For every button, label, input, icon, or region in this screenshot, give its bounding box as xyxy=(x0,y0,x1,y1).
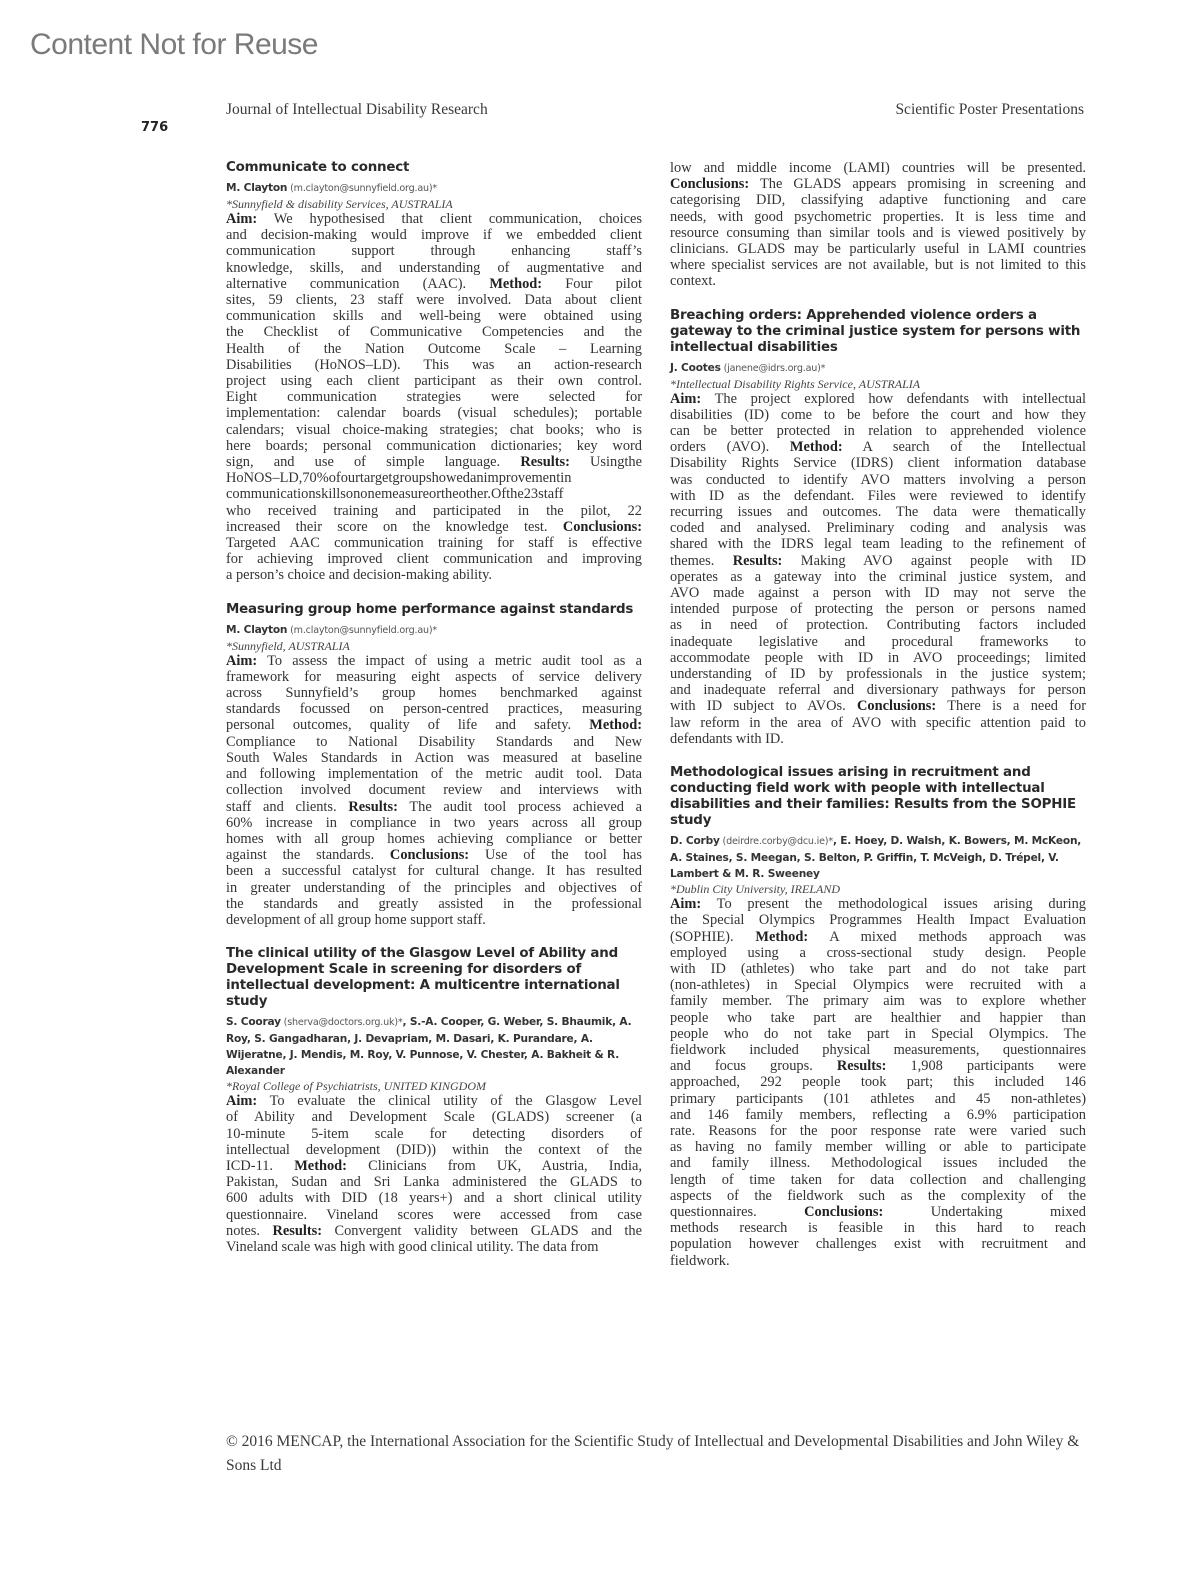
text-line: accommodate people with ID in AVO procee… xyxy=(670,650,1086,666)
text-line: methods research is feasible in this har… xyxy=(670,1220,1086,1236)
text-line: and 146 family members, reflecting a 6.9… xyxy=(670,1107,1086,1123)
text-line: the Special Olympics Programmes Health I… xyxy=(670,912,1086,928)
text-line: collection involved document review and … xyxy=(226,782,642,798)
text-line: was conducted to identify AVO matters in… xyxy=(670,472,1086,488)
page-number: 776 xyxy=(141,120,168,135)
abstract-body: low and middle income (LAMI) countries w… xyxy=(670,160,1086,290)
text-line: Disabilities (HoNOS–LD). This was an act… xyxy=(226,357,642,373)
text-line: been a successful catalyst for cultural … xyxy=(226,863,642,879)
abstract-title: Breaching orders: Apprehended violence o… xyxy=(670,308,1086,356)
text-line: context. xyxy=(670,273,1086,289)
affiliation: *Royal College of Psychiatrists, UNITED … xyxy=(226,1079,642,1093)
text-line: length of time taken for data collection… xyxy=(670,1172,1086,1188)
text-line: in greater understanding of the principl… xyxy=(226,880,642,896)
author-list: J. Cootes (janene@idrs.org.au)* xyxy=(670,360,1086,377)
text-line: 600 adults with DID (18 years+) and a sh… xyxy=(226,1190,642,1206)
section-label: Results: xyxy=(733,553,783,569)
section-label: Conclusions: xyxy=(563,519,642,535)
abstract-body: Aim: The project explored how defendants… xyxy=(670,391,1086,747)
section-title: Scientific Poster Presentations xyxy=(895,101,1084,119)
text-line: sign, and use of simple language. Result… xyxy=(226,454,642,470)
affiliation: *Sunnyfield & disability Services, AUSTR… xyxy=(226,197,642,211)
text-line: with ID subject to AVOs. Conclusions: Th… xyxy=(670,698,1086,714)
lead-author: M. Clayton xyxy=(226,182,287,194)
text-line: and focus groups. Results: 1,908 partici… xyxy=(670,1058,1086,1074)
text-line: coded and analysed. Preliminary coding a… xyxy=(670,520,1086,536)
text-line: fieldwork. xyxy=(670,1253,1086,1269)
text-line: needs, with good psychometric properties… xyxy=(670,209,1086,225)
section-label: Results: xyxy=(837,1058,887,1074)
author-email: (m.clayton@sunnyfield.org.au)* xyxy=(287,625,437,636)
text-line: here boards; personal communication dict… xyxy=(226,438,642,454)
section-label: Aim: xyxy=(226,211,257,227)
text-line: and following implementation of the metr… xyxy=(226,766,642,782)
text-line: HoNOS–LD,70%ofourtargetgroupshowedanimpr… xyxy=(226,470,642,486)
text-line: communication skills and well-being were… xyxy=(226,308,642,324)
text-line: questionnaires. Conclusions: Undertaking… xyxy=(670,1204,1086,1220)
text-line: the standards and greatly assisted in th… xyxy=(226,896,642,912)
text-line: against the standards. Conclusions: Use … xyxy=(226,847,642,863)
text-line: ICD-11. Method: Clinicians from UK, Aust… xyxy=(226,1158,642,1174)
text-line: the Checklist of Communicative Competenc… xyxy=(226,324,642,340)
text-line: Vineland scale was high with good clinic… xyxy=(226,1239,642,1255)
section-label: Results: xyxy=(520,454,570,470)
section-label: Aim: xyxy=(226,1093,257,1109)
text-line: employed using a cross-sectional study d… xyxy=(670,945,1086,961)
text-line: with ID (athletes) who take part and do … xyxy=(670,961,1086,977)
abstract-title: The clinical utility of the Glasgow Leve… xyxy=(226,946,642,1010)
abstract-body: Aim: To assess the impact of using a met… xyxy=(226,653,642,928)
section-label: Method: xyxy=(755,929,808,945)
text-line: and family illness. Methodological issue… xyxy=(670,1155,1086,1171)
text-line: understanding of ID by professionals in … xyxy=(670,666,1086,682)
text-line: where specialist services are not availa… xyxy=(670,257,1086,273)
text-line: questionnaire. Vineland scores were acce… xyxy=(226,1207,642,1223)
section-label: Aim: xyxy=(670,896,701,912)
text-line: 10-minute 5-item scale for detecting dis… xyxy=(226,1126,642,1142)
affiliation: *Sunnyfield, AUSTRALIA xyxy=(226,639,642,653)
text-line: Eight communication strategies were sele… xyxy=(226,389,642,405)
text-line: personal outcomes, quality of life and s… xyxy=(226,717,642,733)
author-email: (janene@idrs.org.au)* xyxy=(721,363,826,374)
text-line: with ID as the defendant. Files were rev… xyxy=(670,488,1086,504)
text-line: increased their score on the knowledge t… xyxy=(226,519,642,535)
abstract: The clinical utility of the Glasgow Leve… xyxy=(226,946,642,1255)
text-line: Aim: We hypothesised that client communi… xyxy=(226,211,642,227)
text-line: Aim: The project explored how defendants… xyxy=(670,391,1086,407)
section-label: Conclusions: xyxy=(390,847,469,863)
text-line: categorising DID, classifying adaptive f… xyxy=(670,192,1086,208)
section-label: Conclusions: xyxy=(804,1204,883,1220)
abstract-body: Aim: To present the methodological issue… xyxy=(670,896,1086,1269)
text-line: across Sunnyfield’s group homes benchmar… xyxy=(226,685,642,701)
section-label: Results: xyxy=(348,799,398,815)
text-line: rate. Reasons for the poor response rate… xyxy=(670,1123,1086,1139)
text-line: alternative communication (AAC). Method:… xyxy=(226,276,642,292)
text-line: as having no family member willing or ab… xyxy=(670,1139,1086,1155)
text-line: as in need of protection. Contributing f… xyxy=(670,617,1086,633)
text-line: 60% increase in compliance in two years … xyxy=(226,815,642,831)
affiliation: *Intellectual Disability Rights Service,… xyxy=(670,377,1086,391)
affiliation: *Dublin City University, IRELAND xyxy=(670,882,1086,896)
abstract: Breaching orders: Apprehended violence o… xyxy=(670,308,1086,747)
section-label: Results: xyxy=(272,1223,322,1239)
section-label: Method: xyxy=(790,439,843,455)
text-line: and decision-making would improve if we … xyxy=(226,227,642,243)
section-label: Method: xyxy=(489,276,542,292)
text-line: and inadequate referral and diversionary… xyxy=(670,682,1086,698)
text-line: who received training and participated i… xyxy=(226,503,642,519)
text-line: communication support through enhancing … xyxy=(226,243,642,259)
section-label: Method: xyxy=(294,1158,347,1174)
text-line: orders (AVO). Method: A search of the In… xyxy=(670,439,1086,455)
journal-title: Journal of Intellectual Disability Resea… xyxy=(226,101,488,119)
section-label: Aim: xyxy=(670,391,701,407)
text-line: (non-athletes) in Special Olympics were … xyxy=(670,977,1086,993)
text-line: people who do not take part in Special O… xyxy=(670,1026,1086,1042)
abstract-body: Aim: We hypothesised that client communi… xyxy=(226,211,642,584)
text-line: calendars; visual choice-making strategi… xyxy=(226,422,642,438)
section-label: Method: xyxy=(589,717,642,733)
lead-author: J. Cootes xyxy=(670,362,721,374)
author-email: (deirdre.corby@dcu.ie)* xyxy=(720,836,833,847)
lead-author: S. Cooray xyxy=(226,1016,281,1028)
text-line: sites, 59 clients, 23 staff were involve… xyxy=(226,292,642,308)
left-column: Communicate to connectM. Clayton (m.clay… xyxy=(226,160,642,1273)
copyright-footer: © 2016 MENCAP, the International Associa… xyxy=(226,1430,1086,1478)
right-column: low and middle income (LAMI) countries w… xyxy=(670,160,1086,1287)
abstract: Communicate to connectM. Clayton (m.clay… xyxy=(226,160,642,584)
text-line: low and middle income (LAMI) countries w… xyxy=(670,160,1086,176)
lead-author: M. Clayton xyxy=(226,624,287,636)
text-line: approached, 292 people took part; this i… xyxy=(670,1074,1086,1090)
section-label: Conclusions: xyxy=(670,176,749,192)
text-line: can be better protected in relation to a… xyxy=(670,423,1086,439)
abstract-title: Measuring group home performance against… xyxy=(226,602,642,618)
watermark: Content Not for Reuse xyxy=(30,28,318,62)
text-line: for achieving improved client communicat… xyxy=(226,551,642,567)
author-email: (sherva@doctors.org.uk)* xyxy=(281,1017,403,1028)
text-line: standards focussed on person-centred pra… xyxy=(226,701,642,717)
text-line: intellectual development (DID)) within t… xyxy=(226,1142,642,1158)
text-line: a person’s choice and decision-making ab… xyxy=(226,567,642,583)
text-line: notes. Results: Convergent validity betw… xyxy=(226,1223,642,1239)
text-line: Compliance to National Disability Standa… xyxy=(226,734,642,750)
text-line: intended purpose of protecting the perso… xyxy=(670,601,1086,617)
text-line: Health of the Nation Outcome Scale – Lea… xyxy=(226,341,642,357)
abstract: Measuring group home performance against… xyxy=(226,602,642,928)
text-line: project using each client participant as… xyxy=(226,373,642,389)
text-line: of Ability and Development Scale (GLADS)… xyxy=(226,1109,642,1125)
text-line: Disability Rights Service (IDRS) client … xyxy=(670,455,1086,471)
text-line: inadequate legislative and procedural fr… xyxy=(670,634,1086,650)
abstract: low and middle income (LAMI) countries w… xyxy=(670,160,1086,290)
text-line: law reform in the area of AVO with speci… xyxy=(670,715,1086,731)
text-line: Aim: To present the methodological issue… xyxy=(670,896,1086,912)
text-line: Targeted AAC communication training for … xyxy=(226,535,642,551)
author-list: M. Clayton (m.clayton@sunnyfield.org.au)… xyxy=(226,622,642,639)
text-line: South Wales Standards in Action was meas… xyxy=(226,750,642,766)
abstract-title: Communicate to connect xyxy=(226,160,642,176)
text-line: disabilities (ID) come to be before the … xyxy=(670,407,1086,423)
text-line: staff and clients. Results: The audit to… xyxy=(226,799,642,815)
abstract: Methodological issues arising in recruit… xyxy=(670,765,1086,1269)
text-line: operates as a gateway into the criminal … xyxy=(670,569,1086,585)
text-line: population however challenges exist with… xyxy=(670,1236,1086,1252)
text-line: AVO made against a person with ID may no… xyxy=(670,585,1086,601)
text-line: shared with the IDRS legal team leading … xyxy=(670,536,1086,552)
text-line: fieldwork included physical measurements… xyxy=(670,1042,1086,1058)
text-line: Aim: To evaluate the clinical utility of… xyxy=(226,1093,642,1109)
author-list: M. Clayton (m.clayton@sunnyfield.org.au)… xyxy=(226,180,642,197)
text-line: resource consuming than similar tools an… xyxy=(670,225,1086,241)
text-line: framework for measuring eight aspects of… xyxy=(226,669,642,685)
text-line: people who take part are healthier and h… xyxy=(670,1010,1086,1026)
abstract-body: Aim: To evaluate the clinical utility of… xyxy=(226,1093,642,1255)
text-line: Conclusions: The GLADS appears promising… xyxy=(670,176,1086,192)
text-line: themes. Results: Making AVO against peop… xyxy=(670,553,1086,569)
section-label: Aim: xyxy=(226,653,257,669)
text-line: aspects of the fieldwork such as the com… xyxy=(670,1188,1086,1204)
text-line: Aim: To assess the impact of using a met… xyxy=(226,653,642,669)
abstract-title: Methodological issues arising in recruit… xyxy=(670,765,1086,829)
author-list: D. Corby (deirdre.corby@dcu.ie)*, E. Hoe… xyxy=(670,833,1086,882)
text-line: implementation: calendar boards (visual … xyxy=(226,405,642,421)
text-line: defendants with ID. xyxy=(670,731,1086,747)
lead-author: D. Corby xyxy=(670,835,720,847)
text-line: homes with all group homes achieving com… xyxy=(226,831,642,847)
section-label: Conclusions: xyxy=(857,698,936,714)
text-line: knowledge, skills, and understanding of … xyxy=(226,260,642,276)
text-line: clinicians. GLADS may be particularly us… xyxy=(670,241,1086,257)
author-list: S. Cooray (sherva@doctors.org.uk)*, S.-A… xyxy=(226,1014,642,1079)
text-line: primary participants (101 athletes and 4… xyxy=(670,1091,1086,1107)
author-email: (m.clayton@sunnyfield.org.au)* xyxy=(287,183,437,194)
text-line: (SOPHIE). Method: A mixed methods approa… xyxy=(670,929,1086,945)
text-line: development of all group home support st… xyxy=(226,912,642,928)
text-line: recurring issues and outcomes. The data … xyxy=(670,504,1086,520)
text-line: communicationskillsononemeasureortheothe… xyxy=(226,486,642,502)
text-line: Pakistan, Sudan and Sri Lanka administer… xyxy=(226,1174,642,1190)
text-line: family member. The primary aim was to ex… xyxy=(670,993,1086,1009)
